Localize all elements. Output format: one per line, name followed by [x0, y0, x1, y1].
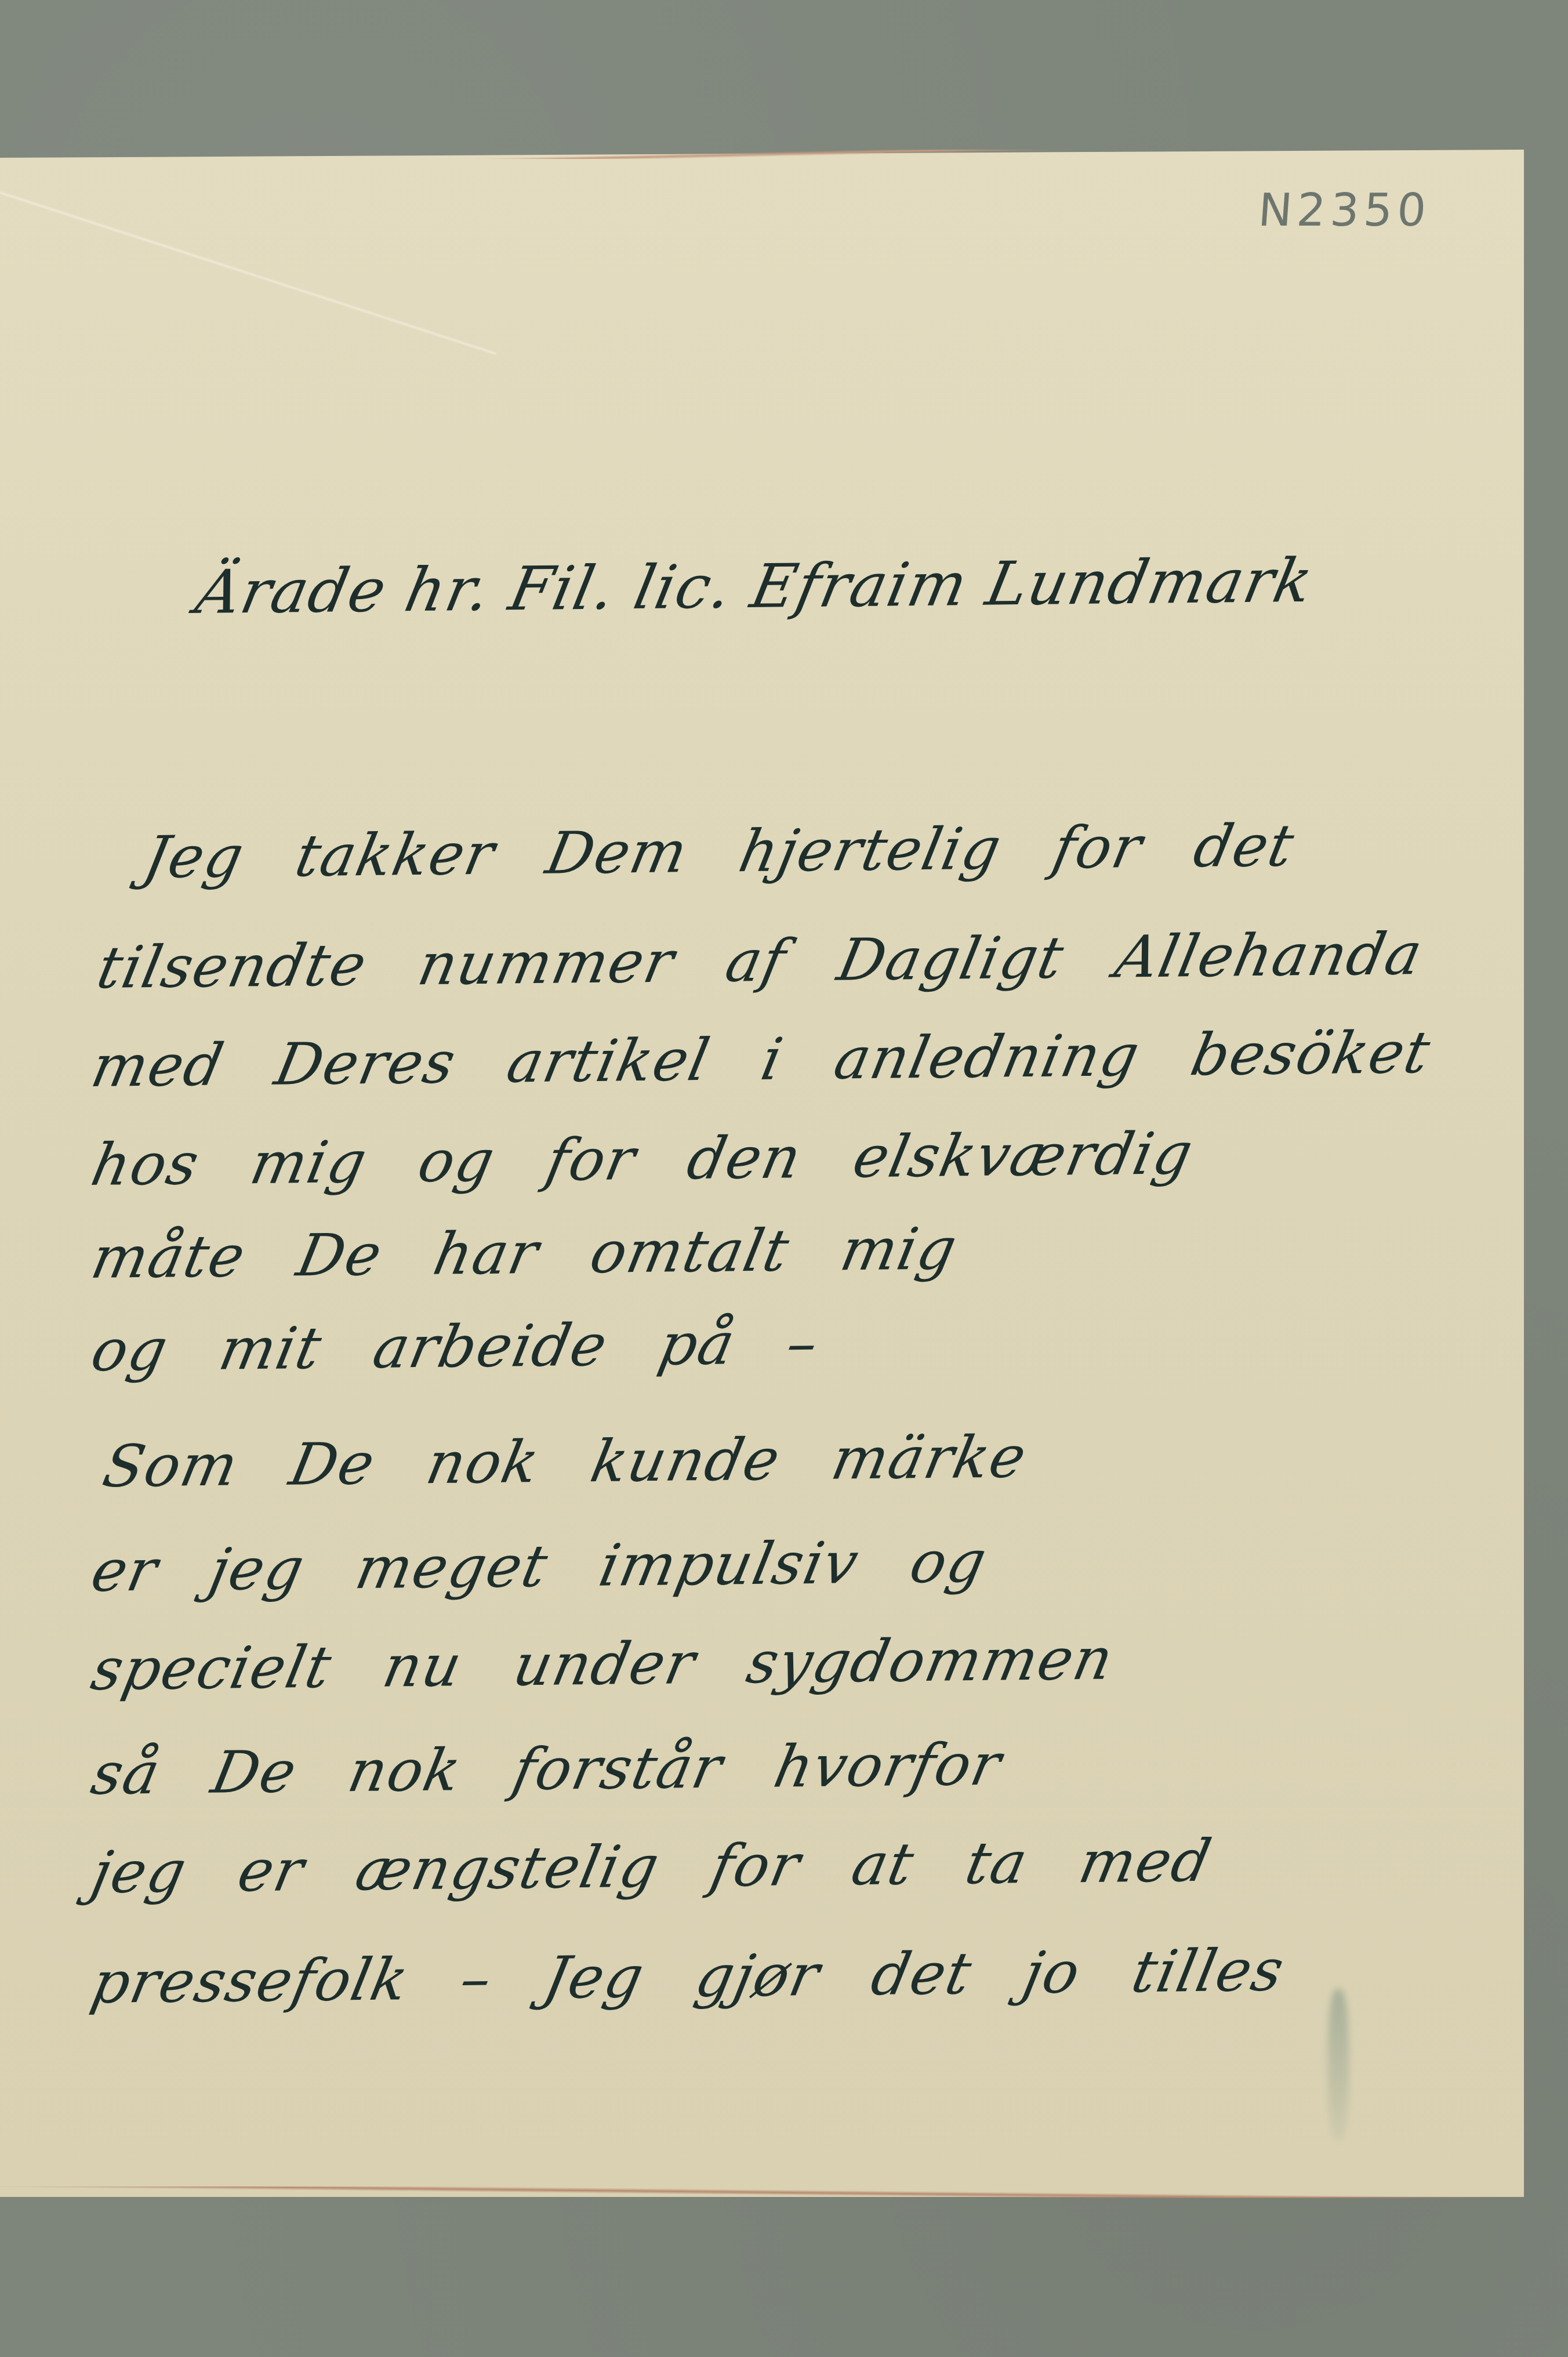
letter-line-7: Som De nok kunde märke	[97, 1423, 1033, 1500]
letter-line-10: så De nok forstår hvorfor	[86, 1731, 1008, 1808]
letter-line-5: måte De har omtalt mig	[86, 1214, 963, 1292]
letter-line-2: tilsendte nummer af Dagligt Allehanda	[92, 920, 1429, 1002]
letter-line-6: og mit arbeide på –	[86, 1309, 825, 1384]
letter-line-1: Jeg takker Dem hjertelig for det	[138, 811, 1300, 891]
letter-line-4: hos mig og for den elskværdig	[86, 1119, 1199, 1199]
letter-line-3: med Deres artikel i anledning besöket	[86, 1018, 1436, 1100]
letter-line-8: er jeg meget impulsiv og	[86, 1528, 993, 1605]
letter-line-11: jeg er ængstelig for at ta med	[86, 1827, 1217, 1906]
archive-number: N2350	[1257, 184, 1432, 237]
letter-line-9: specielt nu under sygdommen	[86, 1625, 1120, 1703]
salutation: Ärade hr. Fil. lic. Efraim Lundmark	[190, 545, 1320, 628]
ink-stain	[1328, 1989, 1349, 2140]
letter-line-12: pressefolk – Jeg gjør det jo tilles	[86, 1937, 1290, 2017]
